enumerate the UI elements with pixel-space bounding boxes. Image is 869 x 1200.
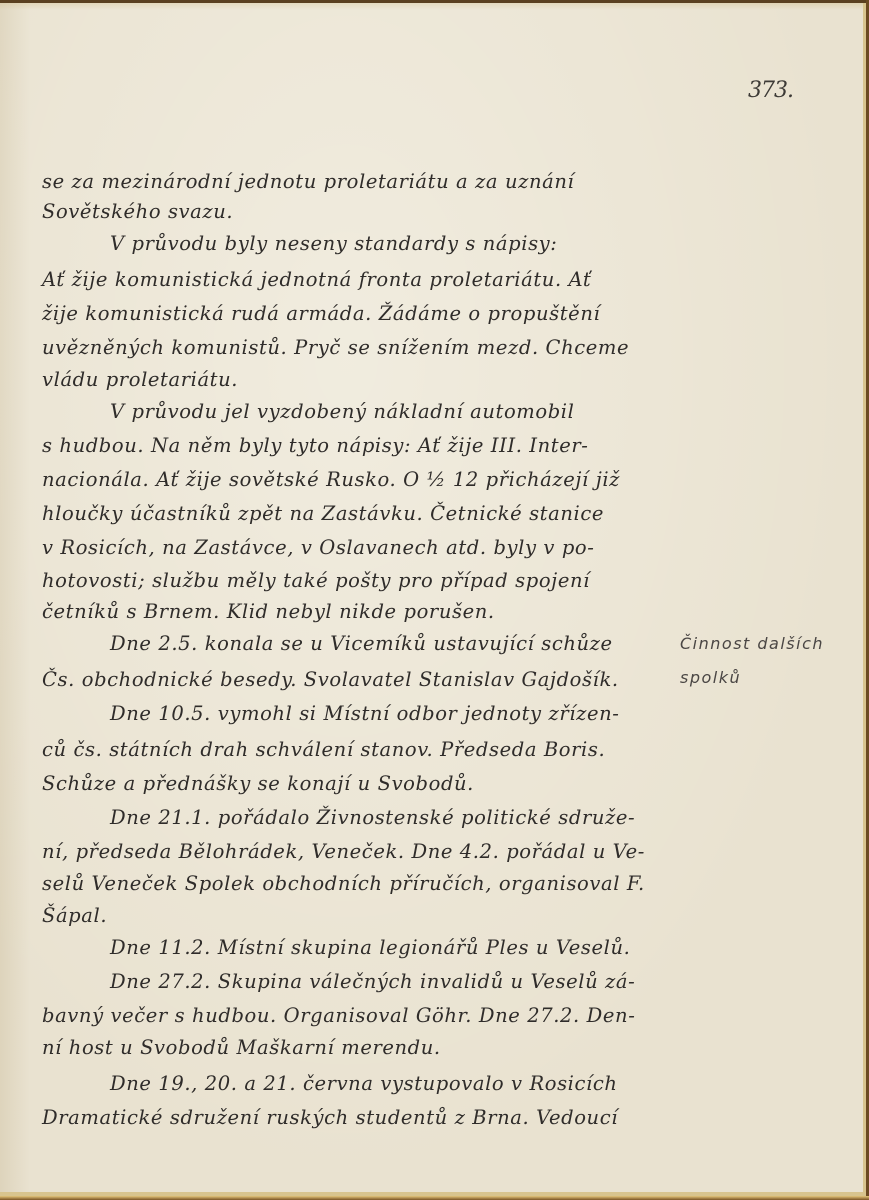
text-line: nacionála. Ať žije sovětské Rusko. O ½ 1…	[42, 468, 620, 491]
text-line: bavný večer s hudbou. Organisoval Göhr. …	[42, 1004, 635, 1027]
text-line: Čs. obchodnické besedy. Svolavatel Stani…	[42, 668, 619, 691]
paragraph-start: Dne 19., 20. a 21. června vystupovalo v …	[110, 1072, 618, 1095]
text-line: vládu proletariátu.	[42, 368, 238, 391]
text-line: Ať žije komunistická jednotná fronta pro…	[42, 268, 591, 291]
manuscript-page: 373. se za mezinárodní jednotu proletari…	[0, 0, 866, 1196]
paragraph-start: Dne 2.5. konala se u Vicemíků ustavující…	[110, 632, 613, 655]
text-line: hloučky účastníků zpět na Zastávku. Četn…	[42, 502, 604, 525]
text-line: žije komunistická rudá armáda. Žádáme o …	[42, 302, 600, 325]
page-bottom-edge	[0, 1196, 869, 1200]
paragraph-start: Dne 21.1. pořádalo Živnostenské politick…	[110, 806, 635, 829]
paragraph-start: V průvodu byly neseny standardy s nápisy…	[110, 232, 557, 255]
text-line: Šápal.	[42, 904, 107, 927]
text-line: v Rosicích, na Zastávce, v Oslavanech at…	[42, 536, 594, 559]
text-line: hotovosti; službu měly také pošty pro př…	[42, 569, 590, 592]
text-line: se za mezinárodní jednotu proletariátu a…	[42, 170, 574, 193]
margin-note-line1: Činnost dalších	[680, 634, 824, 653]
paragraph-start: Dne 10.5. vymohl si Místní odbor jednoty…	[110, 702, 619, 725]
page-number: 373.	[748, 78, 793, 103]
text-line: Schůze a přednášky se konají u Svobodů.	[42, 772, 474, 795]
text-line: Sovětského svazu.	[42, 200, 233, 223]
text-line: ců čs. státních drah schválení stanov. P…	[42, 738, 605, 761]
text-line: četníků s Brnem. Klid nebyl nikde poruše…	[42, 600, 495, 623]
margin-note-line2: spolků	[680, 668, 741, 687]
text-line: ní, předseda Bělohrádek, Veneček. Dne 4.…	[42, 840, 645, 863]
text-line: selů Veneček Spolek obchodních příručích…	[42, 872, 645, 895]
text-line: Dramatické sdružení ruských studentů z B…	[42, 1106, 618, 1129]
text-line: s hudbou. Na něm byly tyto nápisy: Ať ži…	[42, 434, 588, 457]
page-top-edge	[0, 0, 869, 3]
paragraph-start: V průvodu jel vyzdobený nákladní automob…	[110, 400, 574, 423]
paragraph-start: Dne 27.2. Skupina válečných invalidů u V…	[110, 970, 635, 993]
paragraph-start: Dne 11.2. Místní skupina legionářů Ples …	[110, 936, 630, 959]
text-line: uvězněných komunistů. Pryč se snížením m…	[42, 336, 629, 359]
text-line: ní host u Svobodů Maškarní merendu.	[42, 1036, 441, 1059]
